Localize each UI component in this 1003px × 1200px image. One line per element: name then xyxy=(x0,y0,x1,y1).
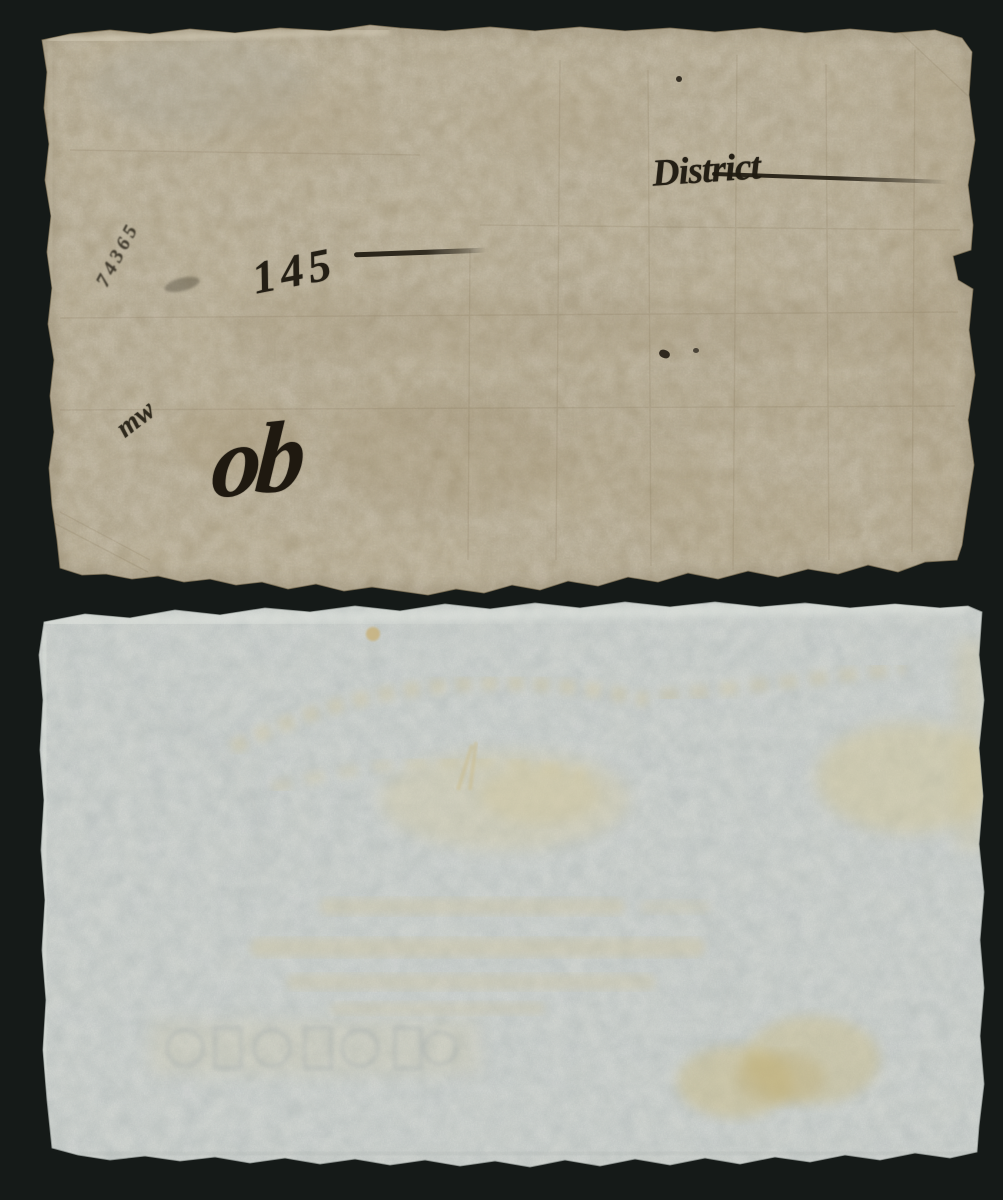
bottom-edge-shade xyxy=(78,1152,977,1155)
scan-canvas: District 145 74365 mw ob xyxy=(0,0,1003,1200)
bottom-paper-texture xyxy=(36,598,1000,1173)
bottom-document xyxy=(36,598,1000,1173)
scanned-papers-image xyxy=(0,0,1003,1200)
top-paper-texture xyxy=(36,20,981,605)
tan-spot xyxy=(366,627,380,641)
top-document xyxy=(36,20,981,605)
